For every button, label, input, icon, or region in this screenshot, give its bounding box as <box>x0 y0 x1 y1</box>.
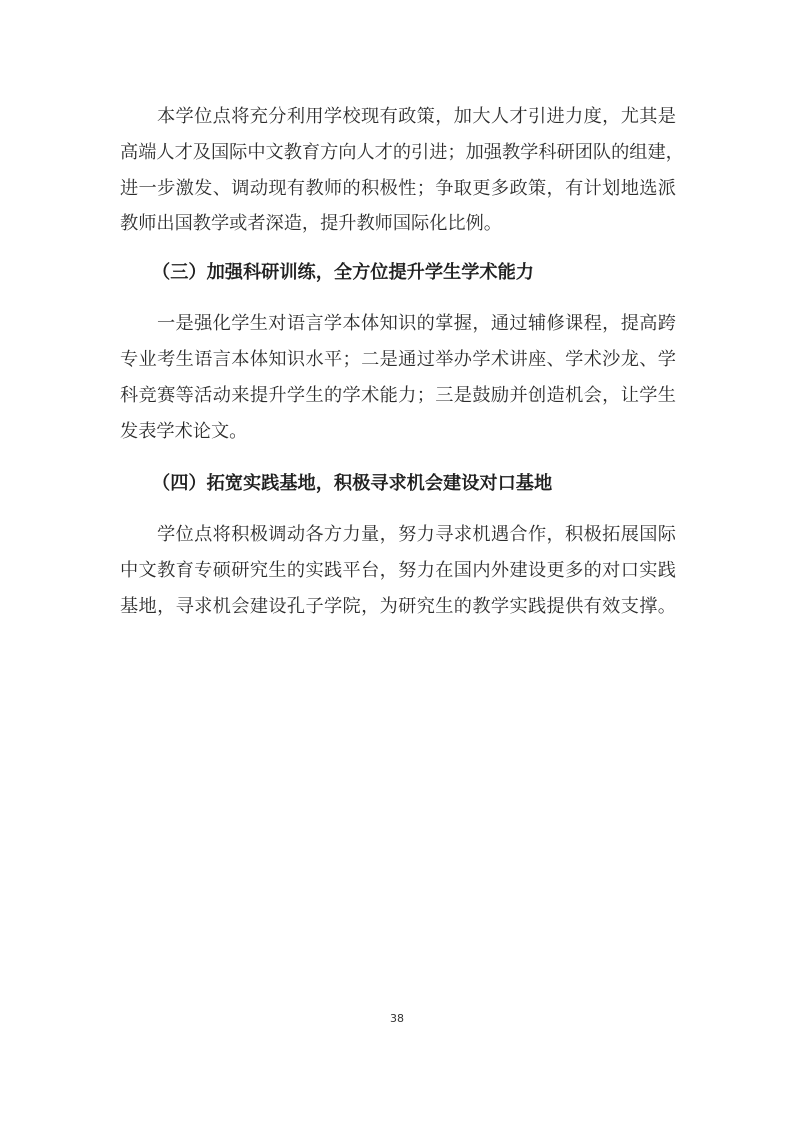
section-heading-practice-base: （四）拓宽实践基地，积极寻求机会建设对口基地 <box>152 466 552 502</box>
paragraph-line: 进一步激发、调动现有教师的积极性；争取更多政策，有计划地选派 <box>120 171 676 207</box>
section-heading-research-training: （三）加强科研训练，全方位提升学生学术能力 <box>152 255 534 291</box>
page-number: 38 <box>0 1012 794 1025</box>
paragraph-line: 发表学术论文。 <box>120 414 676 450</box>
paragraph-line: 高端人才及国际中文教育方向人才的引进；加强教学科研团队的组建， <box>120 135 676 171</box>
paragraph-line: 专业考生语言本体知识水平；二是通过举办学术讲座、学术沙龙、学 <box>120 342 676 378</box>
paragraph-line: 学位点将积极调动各方力量，努力寻求机遇合作，积极拓展国际 <box>157 517 676 553</box>
paragraph-line: 基地，寻求机会建设孔子学院，为研究生的教学实践提供有效支撑。 <box>120 589 676 625</box>
paragraph-line: 教师出国教学或者深造，提升教师国际化比例。 <box>120 206 676 242</box>
paragraph-line: 一是强化学生对语言学本体知识的掌握，通过辅修课程，提高跨 <box>157 306 676 342</box>
paragraph-line: 科竞赛等活动来提升学生的学术能力；三是鼓励并创造机会，让学生 <box>120 378 676 414</box>
paragraph-line: 中文教育专硕研究生的实践平台，努力在国内外建设更多的对口实践 <box>120 553 676 589</box>
document-page: 本学位点将充分利用学校现有政策，加大人才引进力度，尤其是 高端人才及国际中文教育… <box>0 0 794 1122</box>
paragraph-line: 本学位点将充分利用学校现有政策，加大人才引进力度，尤其是 <box>157 99 676 135</box>
